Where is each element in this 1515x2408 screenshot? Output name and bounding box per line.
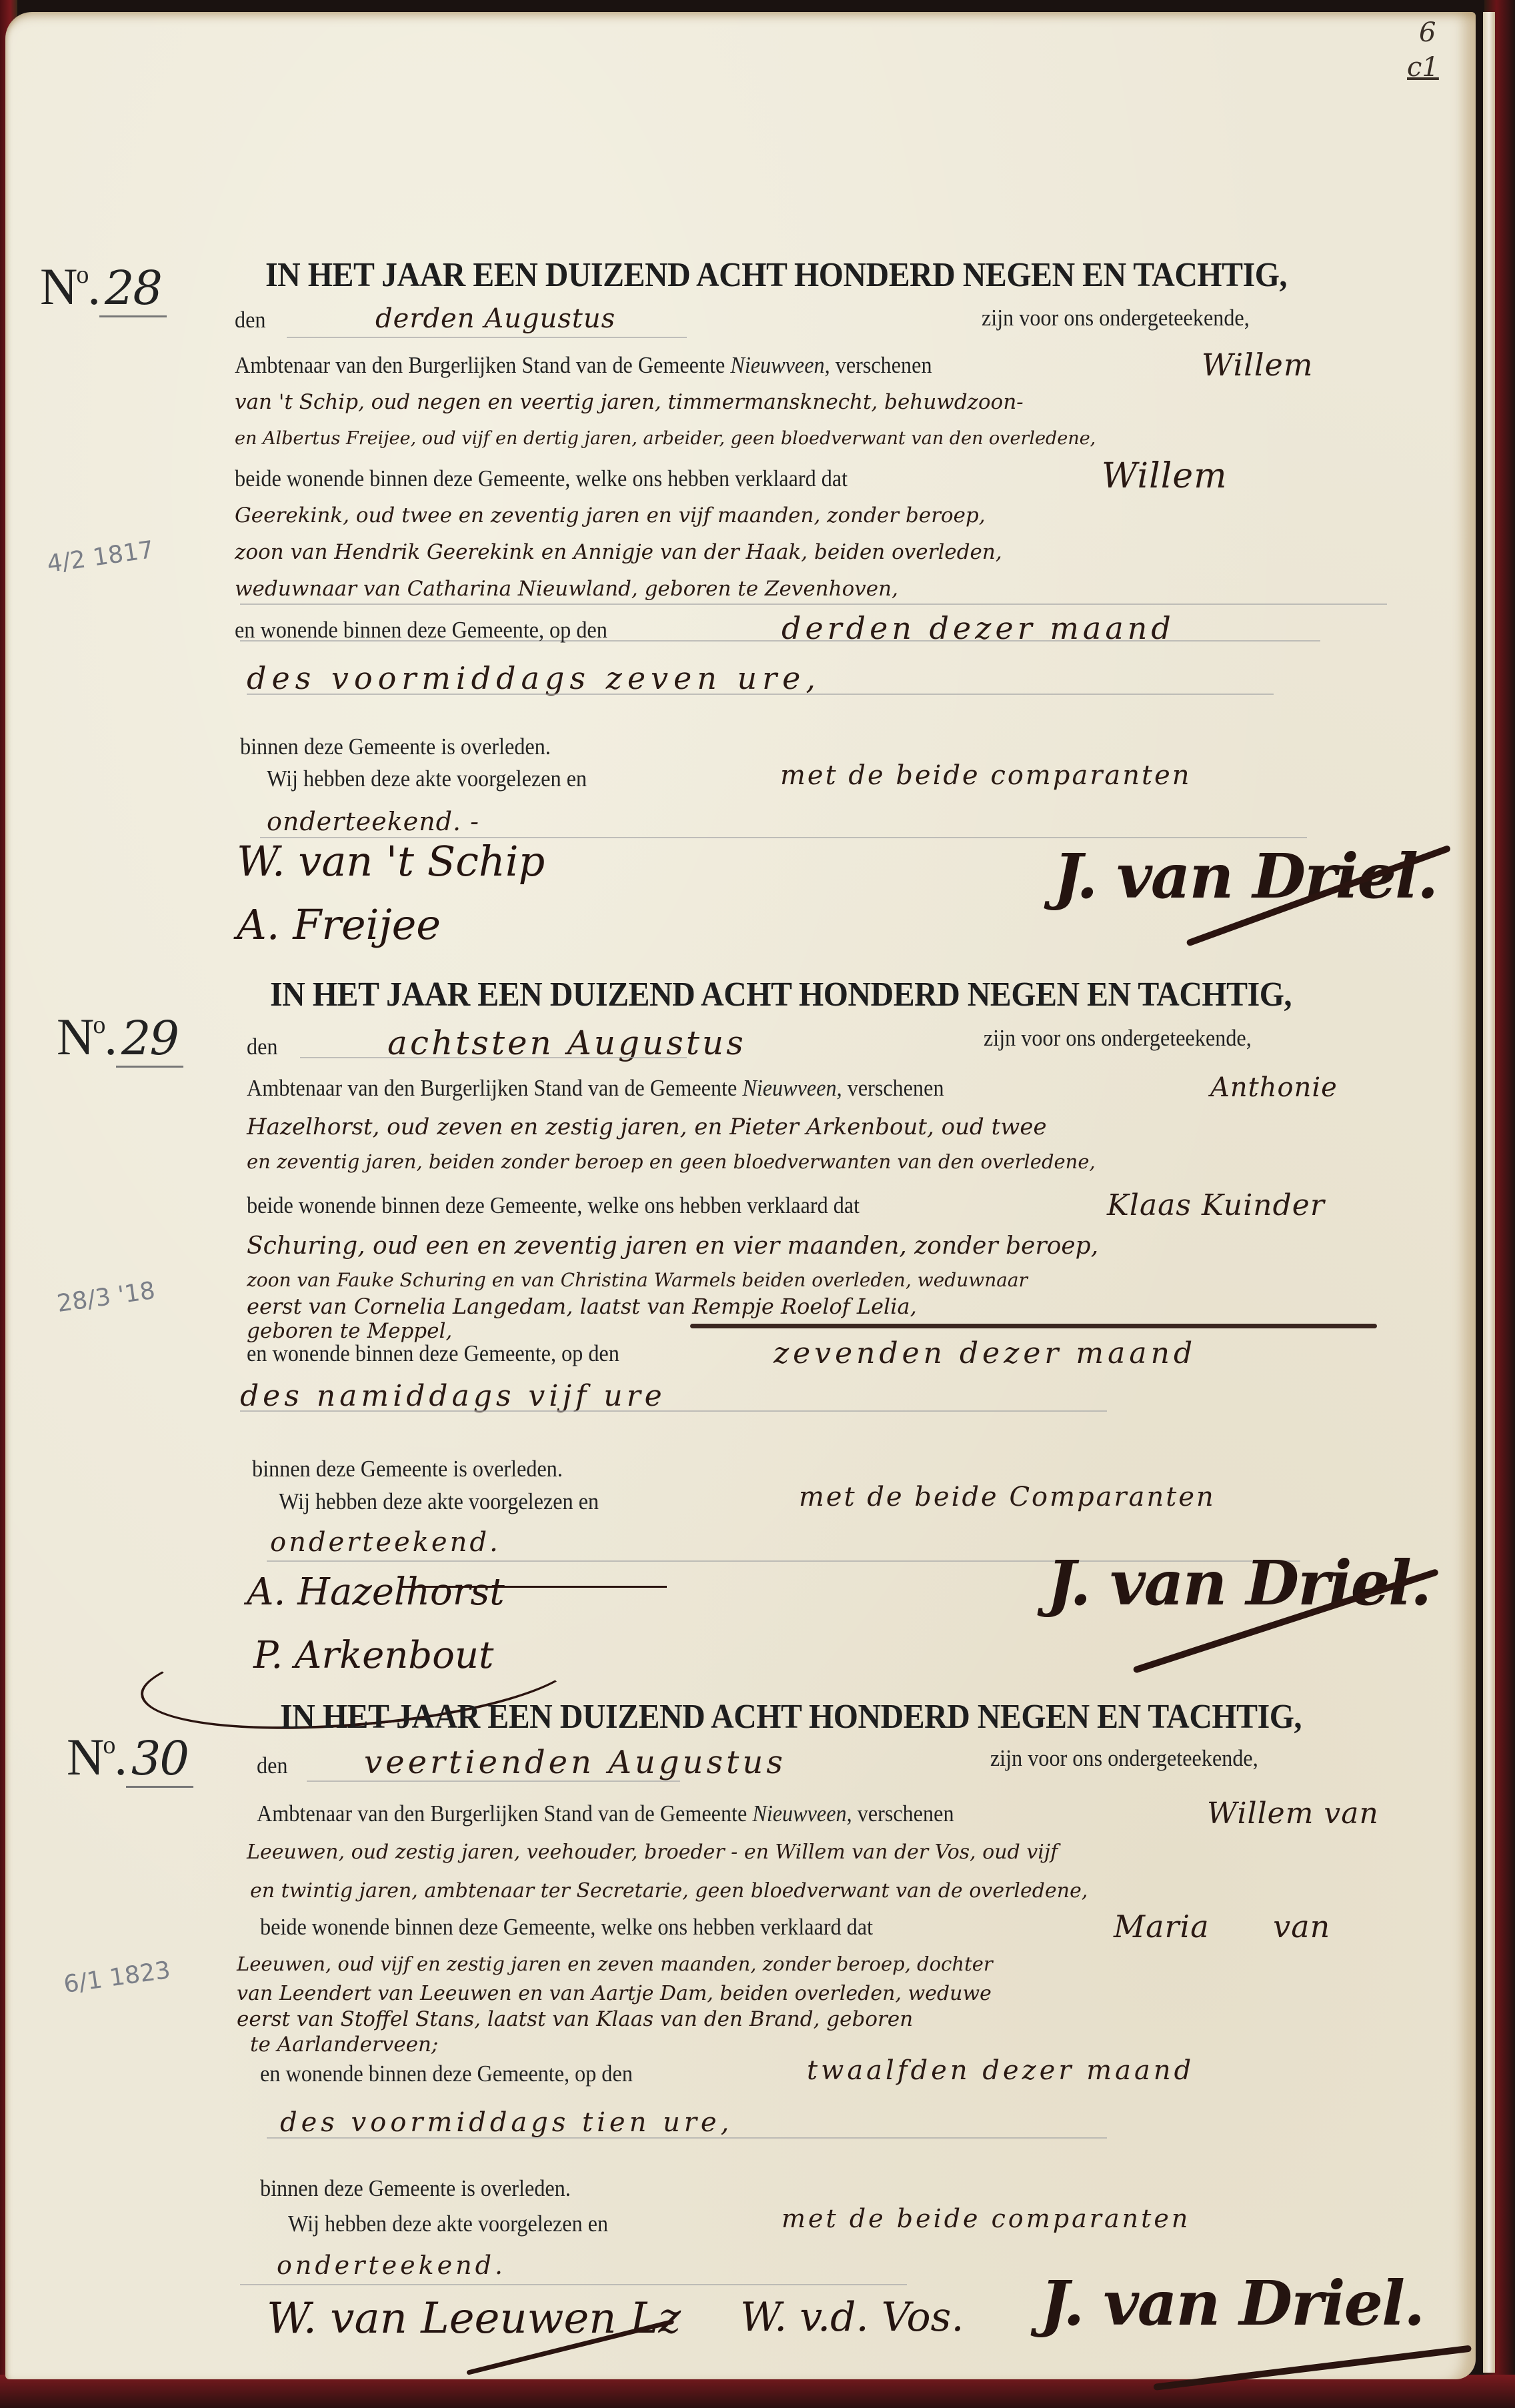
- read-line: Wij hebben deze akte voorgelezen en met …: [288, 2211, 636, 2237]
- deceased-line: Leeuwen, oud vijf en zestig jaren en zev…: [237, 1953, 993, 1975]
- page-edge: [1483, 12, 1495, 2373]
- witness-line: en zeventig jaren, beiden zonder beroep …: [247, 1150, 1096, 1173]
- rule: [267, 2137, 1107, 2139]
- date-rule: [300, 1057, 687, 1058]
- official-line: Ambtenaar van den Burgerlijken Stand van…: [257, 1800, 1014, 1827]
- deceased-line: eerst van Stoffel Stans, laatst van Klaa…: [237, 2007, 913, 2031]
- death-day-line: en wonende binnen deze Gemeente, op den …: [247, 1340, 651, 1367]
- deceased-statement: binnen deze Gemeente is overleden.: [252, 1456, 563, 1482]
- death-time: des voormiddags tien ure,: [280, 2107, 733, 2138]
- witness-line: en Albertus Freijee, oud vijf en dertig …: [235, 428, 1096, 449]
- death-time: des namiddags vijf ure: [240, 1379, 666, 1413]
- witness-line: Leeuwen, oud zestig jaren, veehouder, br…: [247, 1841, 1058, 1864]
- witness-signature: W. v.d. Vos.: [740, 2294, 964, 2341]
- rule: [247, 694, 1274, 695]
- registrar-signature: J. van Driel.: [1040, 2267, 1424, 2339]
- record-date: veertienden Augustus: [364, 1744, 786, 1781]
- witness-signature: W. van 't Schip: [237, 837, 545, 886]
- signed-note: onderteekend.: [277, 2251, 506, 2280]
- date-rule: [287, 337, 687, 338]
- declared-line: beide wonende binnen deze Gemeente, welk…: [247, 1192, 913, 1219]
- read-line: Wij hebben deze akte voorgelezen en met …: [279, 1488, 627, 1515]
- witness-signature: A. Freijee: [237, 900, 441, 949]
- witness-line: en twintig jaren, ambtenaar ter Secretar…: [250, 1879, 1088, 1903]
- record-number: No.30: [67, 1727, 193, 1787]
- deceased-line: zoon van Hendrik Geerekink en Annigje va…: [235, 540, 1002, 564]
- deceased-line: zoon van Fauke Schuring en van Christina…: [247, 1269, 1028, 1291]
- deceased-name: Maria van: [1114, 1909, 1330, 1945]
- registrar-signature: J. van Driel.: [1047, 1547, 1430, 1619]
- death-day-line: en wonende binnen deze Gemeente, op den …: [235, 617, 639, 644]
- record-date: derden Augustus: [375, 303, 615, 334]
- read-line: Wij hebben deze akte voorgelezen en met …: [267, 766, 615, 792]
- deceased-line: geboren te Meppel,: [247, 1319, 452, 1343]
- witness-signature: A. Hazelhorst: [247, 1570, 505, 1614]
- official-line: Ambtenaar van den Burgerlijken Stand van…: [247, 1075, 1004, 1102]
- folio-mark: c1: [1407, 52, 1439, 83]
- death-time: des voormiddags zeven ure,: [247, 660, 821, 696]
- deceased-statement: binnen deze Gemeente is overleden.: [260, 2175, 571, 2202]
- signature-stroke: [400, 1586, 667, 1588]
- deceased-line: te Aarlanderveen;: [250, 2033, 438, 2057]
- book-binding-bottom: [0, 2375, 1515, 2408]
- witness-line: van 't Schip, oud negen en veertig jaren…: [235, 390, 1024, 414]
- deceased-line: weduwnaar van Catharina Nieuwland, gebor…: [235, 577, 898, 601]
- declared-line: beide wonende binnen deze Gemeente, welk…: [235, 465, 901, 492]
- deceased-line: eerst van Cornelia Langedam, laatst van …: [247, 1294, 917, 1319]
- witness-line: Hazelhorst, oud zeven en zestig jaren, e…: [247, 1114, 1047, 1140]
- deceased-line: Schuring, oud een en zeventig jaren en v…: [247, 1232, 1098, 1260]
- deceased-statement: binnen deze Gemeente is overleden.: [240, 734, 551, 760]
- declared-line: beide wonende binnen deze Gemeente, welk…: [260, 1914, 926, 1941]
- rule: [240, 2284, 907, 2285]
- death-day-line: en wonende binnen deze Gemeente, op den …: [260, 2061, 665, 2087]
- record-number: No.28: [40, 257, 167, 317]
- record-heading: IN HET JAAR EEN DUIZEND ACHT HONDERD NEG…: [280, 1697, 1302, 1736]
- date-line: den veertienden Augustus zijn voor ons o…: [257, 1744, 786, 1781]
- date-line: den derden Augustus zijn voor ons onderg…: [235, 303, 615, 334]
- record-number: No.29: [57, 1007, 183, 1067]
- deceased-name: Klaas Kuinder: [1107, 1188, 1325, 1222]
- deceased-name: Willem: [1102, 456, 1228, 496]
- signed-note: onderteekend. -: [267, 807, 479, 836]
- deceased-line: van Leendert van Leeuwen en van Aartje D…: [237, 1982, 992, 2005]
- folio-number: 6: [1419, 17, 1436, 48]
- signed-note: onderteekend.: [270, 1527, 501, 1558]
- deceased-line: Geerekink, oud twee en zeventig jaren en…: [235, 503, 986, 527]
- record-heading: IN HET JAAR EEN DUIZEND ACHT HONDERD NEG…: [265, 255, 1287, 295]
- rule: [240, 604, 1387, 605]
- rule: [240, 1410, 1107, 1412]
- official-line: Ambtenaar van den Burgerlijken Stand van…: [235, 352, 992, 379]
- record-heading: IN HET JAAR EEN DUIZEND ACHT HONDERD NEG…: [270, 975, 1292, 1014]
- date-rule: [307, 1780, 680, 1782]
- fill-stroke: [690, 1324, 1377, 1328]
